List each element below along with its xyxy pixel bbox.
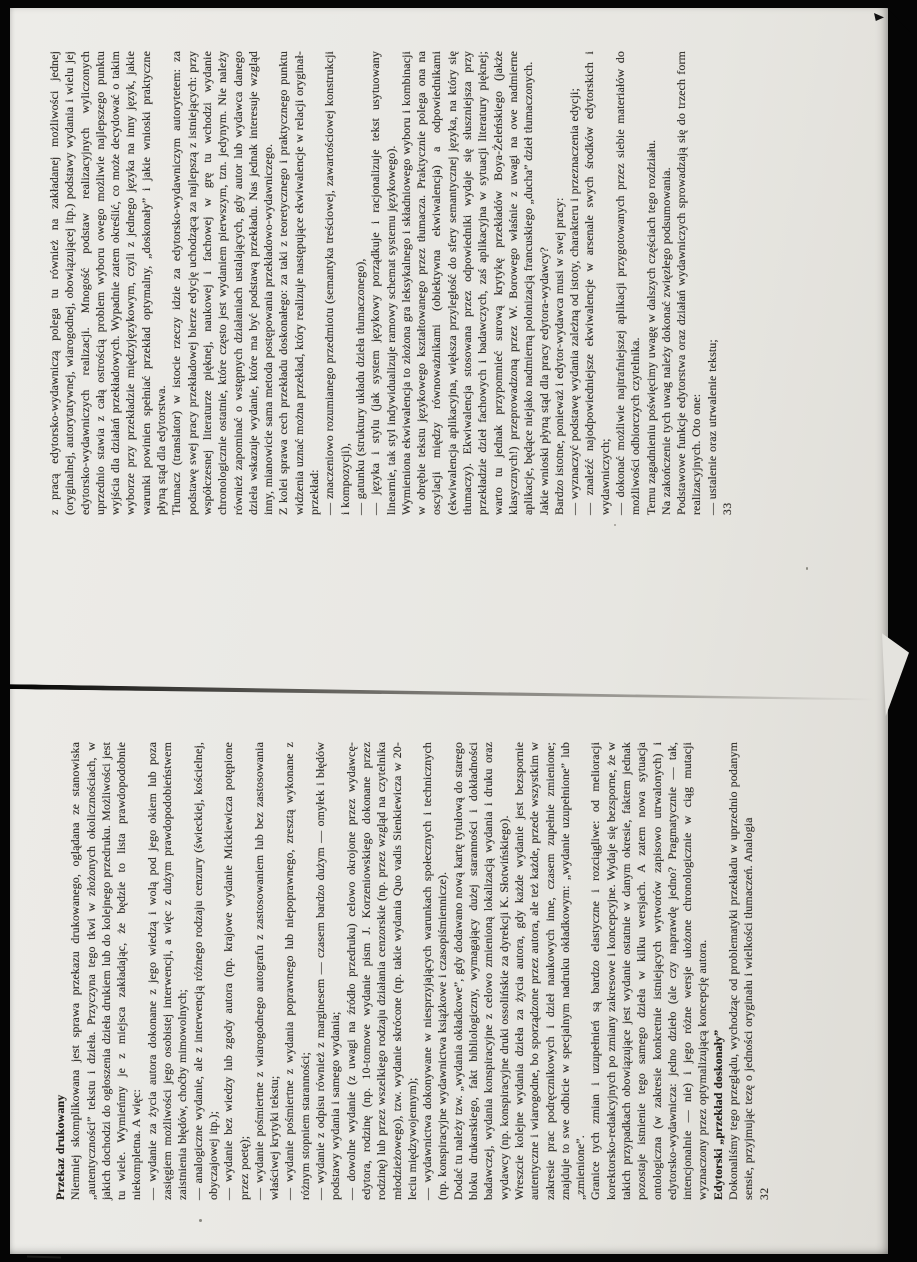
scanner-bed-top bbox=[0, 0, 917, 8]
paragraph: Wymieniona ekwiwalencja to złożona gra l… bbox=[399, 51, 537, 515]
section-heading: Przekaz drukowany bbox=[53, 742, 68, 1200]
paragraph: Temu zagadnieniu poświęcimy uwagę w dals… bbox=[644, 51, 659, 515]
paragraph: — analogiczne wydanie, ale z interwencją… bbox=[191, 742, 222, 1200]
paragraph: Z kolei sprawa cech przekładu doskonałeg… bbox=[276, 51, 322, 515]
paragraph: Granice tych zmian i uzupełnień są bardz… bbox=[588, 742, 710, 1200]
paragraph: Na zakończenie tych uwag należy dokonać … bbox=[659, 51, 674, 515]
paragraph: — znaleźć najodpowiedniejsze ekwiwalencj… bbox=[582, 51, 613, 515]
page-33: z pracą edytorsko-wydawniczą polega tu r… bbox=[47, 51, 869, 515]
paragraph: — znaczeniowo rozumianego przedmiotu (se… bbox=[322, 51, 353, 515]
paragraph: Wreszcie kolejne wydania dzieła za życia… bbox=[512, 742, 588, 1200]
paragraph: — wydanie pośmiertne z wiarogodnego auto… bbox=[252, 742, 283, 1200]
scanner-bed-bottom bbox=[0, 1254, 917, 1262]
paragraph: — języka i stylu (jak system językowy po… bbox=[368, 51, 399, 515]
book-spread: Przekaz drukowanyNiemniej skomplikowana … bbox=[10, 8, 888, 1254]
paragraph: Dokonaliśmy tego przeglądu, wychodząc od… bbox=[726, 742, 757, 1200]
paragraph: — dokonać możliwie najtrafniejszej aplik… bbox=[613, 51, 644, 515]
page-32-text: Przekaz drukowanyNiemniej skomplikowana … bbox=[53, 742, 757, 1200]
paragraph: — ustalenie oraz utrwalenie tekstu; bbox=[705, 51, 720, 515]
page-33-text: z pracą edytorsko-wydawniczą polega tu r… bbox=[47, 51, 720, 515]
paragraph: — dowolne wydanie (z uwagi na źródło prz… bbox=[344, 742, 420, 1200]
paragraph: Bardzo istotne, ponieważ i edytor-wydawc… bbox=[552, 51, 567, 515]
scan-speck bbox=[806, 567, 808, 570]
paragraph: — wydanie pośmiertne z wydania poprawneg… bbox=[282, 742, 313, 1200]
scanner-bed-right bbox=[888, 0, 917, 1262]
scanner-bed-left bbox=[0, 0, 10, 1262]
page-number-32: 32 bbox=[758, 742, 773, 1200]
scanned-paper: Przekaz drukowanyNiemniej skomplikowana … bbox=[10, 8, 888, 1254]
paragraph: Dodać tu należy tzw. „wydania okładkowe”… bbox=[451, 742, 512, 1200]
page-number-33: 33 bbox=[721, 51, 736, 515]
paragraph: — wydanie za życia autora dokonane z jeg… bbox=[145, 742, 191, 1200]
paragraph: Jakie wnioski płyną stąd dla pracy edyto… bbox=[537, 51, 552, 515]
paragraph: — wydanie z odpisu również z marginesem … bbox=[313, 742, 344, 1200]
paragraph: — wydanie bez wiedzy lub zgody autora (n… bbox=[221, 742, 252, 1200]
paragraph: Niemniej skomplikowana jest sprawa przek… bbox=[68, 742, 144, 1200]
page-32: Przekaz drukowanyNiemniej skomplikowana … bbox=[53, 742, 869, 1200]
paragraph: z pracą edytorsko-wydawniczą polega tu r… bbox=[47, 51, 169, 515]
paragraph: Podstawowe funkcje edytorstwa oraz dział… bbox=[674, 51, 705, 515]
paragraph: — gatunku (struktury układu dzieła tłuma… bbox=[353, 51, 368, 515]
scan-speck bbox=[199, 1219, 202, 1222]
section-heading: Edytorski „przekład doskonały” bbox=[711, 742, 726, 1200]
paragraph: — wyznaczyć podstawę wydania zależną od … bbox=[567, 51, 582, 515]
scan-speck bbox=[614, 524, 616, 526]
paragraph: Tłumacz (translator) w istocie rzeczy id… bbox=[169, 51, 276, 515]
scanned-book-screenshot: Przekaz drukowanyNiemniej skomplikowana … bbox=[0, 0, 917, 1262]
paragraph: — wydawnictwa dokonywane w niesprzyjając… bbox=[420, 742, 451, 1200]
